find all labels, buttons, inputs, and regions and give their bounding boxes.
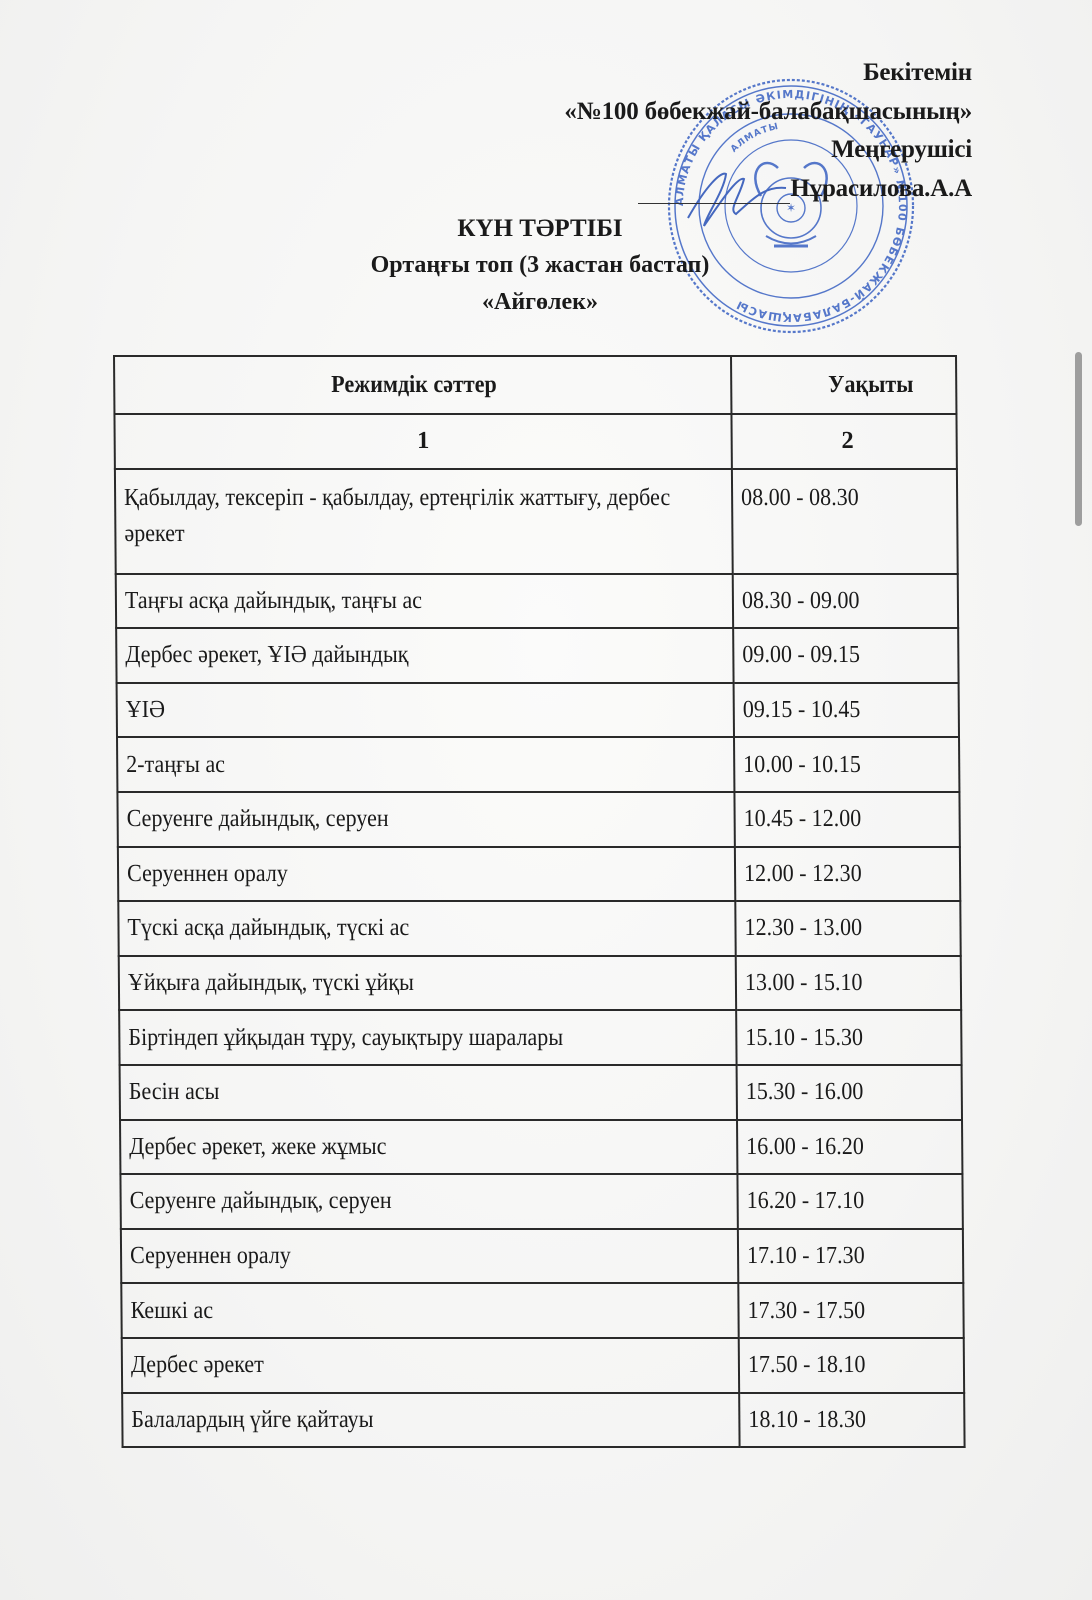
document-title: КҮН ТӘРТІБІ <box>300 210 780 247</box>
table-row: Таңғы асқа дайындық, таңғы ас08.30 - 09.… <box>116 574 958 629</box>
activity-cell: Ұйқыға дайындық, түскі ұйқы <box>119 956 737 1011</box>
approval-heading: Бекітемін <box>564 54 972 93</box>
table-row: ҰІӘ09.15 - 10.45 <box>117 683 959 738</box>
time-cell: 12.30 - 13.00 <box>735 901 960 956</box>
table-row: 2-таңғы ас10.00 - 10.15 <box>117 737 959 792</box>
table-row: Біртіндеп ұйқыдан тұру, сауықтыру шарала… <box>119 1010 961 1065</box>
table-row: Дербес әрекет, жеке жұмыс16.00 - 16.20 <box>120 1120 962 1175</box>
activity-cell: Біртіндеп ұйқыдан тұру, сауықтыру шарала… <box>119 1010 737 1065</box>
group-name: «Айгөлек» <box>300 284 780 321</box>
activity-cell: Серуенге дайындық, серуен <box>117 792 735 847</box>
table-row: Серуеннен оралу17.10 - 17.30 <box>121 1229 963 1284</box>
column-header-time: Уақыты <box>731 356 956 414</box>
activity-cell: Дербес әрекет, жеке жұмыс <box>120 1120 738 1175</box>
time-cell: 08.30 - 09.00 <box>733 574 958 629</box>
activity-cell: Серуеннен оралу <box>121 1229 739 1284</box>
activity-cell: Серуеннен оралу <box>118 847 736 902</box>
activity-cell: Қабылдау, тексеріп - қабылдау, ертеңгілі… <box>115 469 733 574</box>
time-cell: 16.00 - 16.20 <box>737 1120 962 1175</box>
activity-cell: Таңғы асқа дайындық, таңғы ас <box>116 574 734 629</box>
activity-cell: 2-таңғы ас <box>117 737 735 792</box>
column-number-row: 1 2 <box>114 414 956 469</box>
time-cell: 17.50 - 18.10 <box>739 1338 964 1393</box>
table-row: Қабылдау, тексеріп - қабылдау, ертеңгілі… <box>115 469 958 574</box>
time-cell: 17.30 - 17.50 <box>738 1283 963 1338</box>
table-row: Серуеннен оралу12.00 - 12.30 <box>118 847 960 902</box>
time-cell: 13.00 - 15.10 <box>736 956 961 1011</box>
time-cell: 09.00 - 09.15 <box>733 628 958 683</box>
time-cell: 15.10 - 15.30 <box>736 1010 961 1065</box>
table-row: Түскі асқа дайындық, түскі ас12.30 - 13.… <box>118 901 960 956</box>
daily-schedule-table: Режимдік сәттер Уақыты 1 2 Қабылдау, тек… <box>113 355 966 1448</box>
activity-cell: ҰІӘ <box>117 683 735 738</box>
vertical-scrollbar-thumb[interactable] <box>1075 352 1082 526</box>
table-row: Серуенге дайындық, серуен10.45 - 12.00 <box>117 792 959 847</box>
time-cell: 08.00 - 08.30 <box>732 469 958 574</box>
table-row: Дербес әрекет17.50 - 18.10 <box>122 1338 964 1393</box>
institution-name: «№100 бөбекжай-балабақшасының» <box>564 93 972 132</box>
activity-cell: Дербес әрекет <box>122 1338 740 1393</box>
column-header-activities: Режимдік сәттер <box>114 356 732 414</box>
table-row: Ұйқыға дайындық, түскі ұйқы13.00 - 15.10 <box>119 956 961 1011</box>
activity-cell: Түскі асқа дайындық, түскі ас <box>118 901 736 956</box>
group-subtitle: Ортаңғы топ (3 жастан бастап) <box>300 247 780 284</box>
position-title: Меңгерушісі <box>564 131 972 170</box>
table-row: Дербес әрекет, ҰІӘ дайындық09.00 - 09.15 <box>116 628 958 683</box>
table-header-row: Режимдік сәттер Уақыты <box>114 356 956 414</box>
title-block: КҮН ТӘРТІБІ Ортаңғы топ (3 жастан бастап… <box>300 210 780 321</box>
table-row: Бесін асы15.30 - 16.00 <box>120 1065 962 1120</box>
time-cell: 17.10 - 17.30 <box>738 1229 963 1284</box>
activity-cell: Бесін асы <box>120 1065 738 1120</box>
column-number-1: 1 <box>114 414 732 469</box>
time-cell: 15.30 - 16.00 <box>737 1065 962 1120</box>
time-cell: 10.00 - 10.15 <box>734 737 959 792</box>
time-cell: 10.45 - 12.00 <box>735 792 960 847</box>
time-cell: 16.20 - 17.10 <box>738 1174 963 1229</box>
schedule-table-container: Режимдік сәттер Уақыты 1 2 Қабылдау, тек… <box>113 355 966 1448</box>
signature-line <box>638 203 790 204</box>
table-row: Балалардың үйге қайтауы18.10 - 18.30 <box>122 1393 964 1448</box>
table-row: Кешкі ас17.30 - 17.50 <box>121 1283 963 1338</box>
activity-cell: Балалардың үйге қайтауы <box>122 1393 740 1448</box>
activity-cell: Серуенге дайындық, серуен <box>120 1174 738 1229</box>
time-cell: 09.15 - 10.45 <box>734 683 959 738</box>
approval-block: Бекітемін «№100 бөбекжай-балабақшасының»… <box>564 54 972 208</box>
activity-cell: Дербес әрекет, ҰІӘ дайындық <box>116 628 734 683</box>
table-row: Серуенге дайындық, серуен16.20 - 17.10 <box>120 1174 962 1229</box>
document-page: АЛМАТЫ ҚАЛАСЫ ӘКІМДІГІНІҢ «ГАУҺАР» №100 … <box>0 0 1092 1600</box>
time-cell: 18.10 - 18.30 <box>739 1393 964 1448</box>
time-cell: 12.00 - 12.30 <box>735 847 960 902</box>
column-number-2: 2 <box>732 414 957 469</box>
activity-cell: Кешкі ас <box>121 1283 739 1338</box>
